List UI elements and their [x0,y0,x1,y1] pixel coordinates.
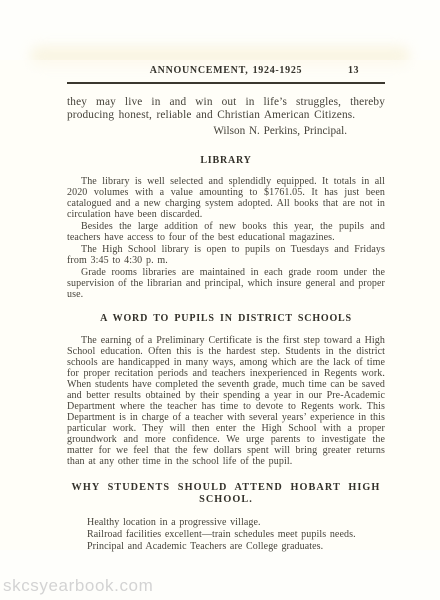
page-number: 13 [348,64,359,77]
list-item: Principal and Academic Teachers are Coll… [87,541,385,553]
list-item: Healthy location in a progressive villag… [87,517,385,529]
list-item: Railroad facilities excellent—train sche… [87,529,385,541]
running-header: ANNOUNCEMENT, 1924-1925 13 [67,64,385,77]
library-paragraph-4: Grade rooms libraries are maintained in … [67,267,385,300]
district-schools-paragraph: The earning of a Preliminary Certificate… [67,335,385,467]
library-paragraph-2: Besides the large addition of new books … [67,221,385,243]
section-heading-district-schools: A WORD TO PUPILS IN DISTRICT SCHOOLS [67,313,385,325]
header-title: ANNOUNCEMENT, 1924-1925 [150,65,302,76]
reasons-list: Healthy location in a progressive villag… [67,517,385,553]
header-rule [67,82,385,84]
section-heading-library: LIBRARY [67,155,385,167]
section-heading-why-attend: WHY STUDENTS SHOULD ATTEND HOBART HIGH S… [67,482,385,506]
page-content: ANNOUNCEMENT, 1924-1925 13 they may live… [67,0,385,553]
intro-paragraph: they may live in and win out in life’s s… [67,96,385,122]
library-paragraph-1: The library is well selected and splendi… [67,176,385,220]
signature-line: Wilson N. Perkins, Principal. [67,124,385,138]
library-paragraph-3: The High School library is open to pupil… [67,244,385,266]
watermark: skcsyearbook.com [3,576,153,596]
